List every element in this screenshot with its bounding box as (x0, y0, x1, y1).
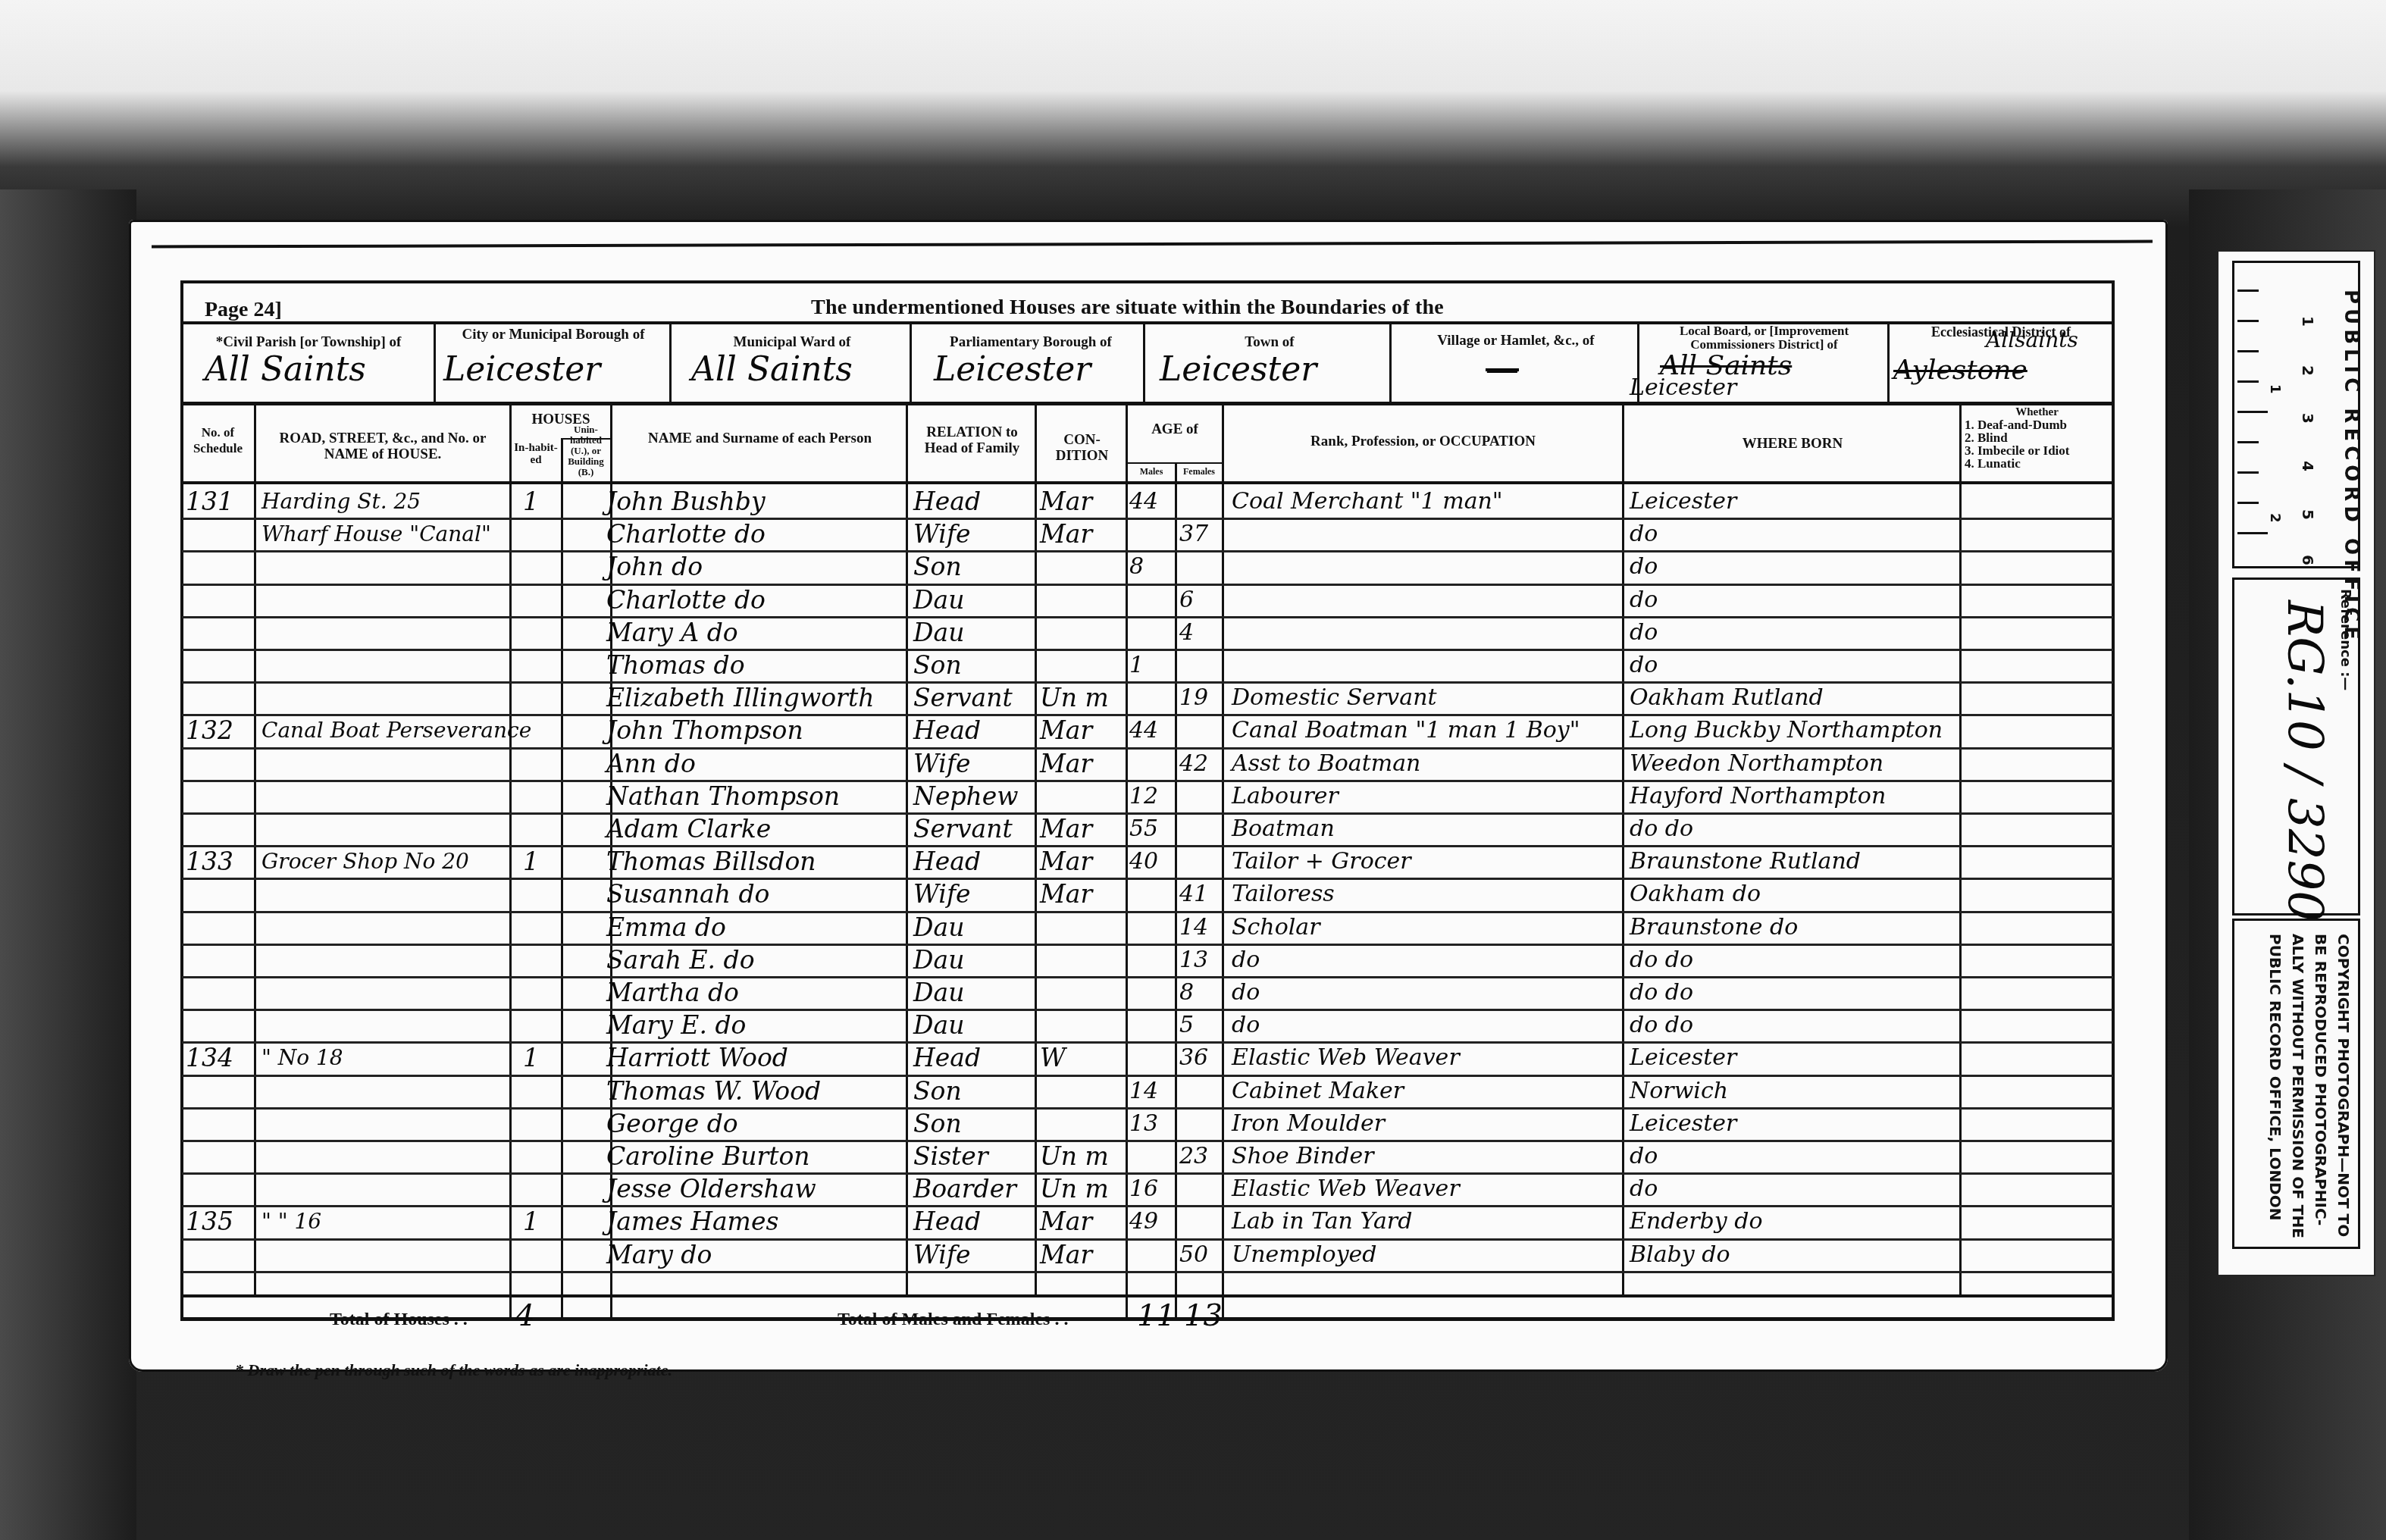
scale-number: 3 (2299, 413, 2317, 424)
admin-value-ecclesiastical-district: Aylestone (1893, 355, 2027, 386)
cell-relation: Head (913, 487, 981, 517)
col-header-condition: CON-DITION (1038, 432, 1126, 464)
cell-relation: Boarder (913, 1174, 1016, 1204)
cell-relation: Dau (913, 585, 964, 615)
copyright-line: BE REPRODUCED PHOTOGRAPHIC- (2309, 934, 2332, 1238)
cell-male-age: 1 (1129, 650, 1144, 681)
cell-person-name: James Hames (606, 1207, 778, 1237)
copyright-notice: COPYRIGHT PHOTOGRAPH—NOT TO BE REPRODUCE… (2264, 934, 2355, 1238)
form-title: The undermentioned Houses are situate wi… (811, 296, 1444, 320)
admin-value-municipal-ward: All Saints (691, 350, 853, 389)
cell-occupation: Canal Boatman "1 man 1 Boy" (1232, 715, 1580, 746)
cell-schedule-number: 135 (186, 1207, 233, 1237)
footnote: * Draw the pen through such of the words… (235, 1360, 672, 1380)
cell-person-name: Ann do (606, 749, 696, 779)
cell-relation: Son (913, 1076, 962, 1106)
col-header-where-born: WHERE BORN (1626, 436, 1959, 452)
cell-male-age: 8 (1129, 552, 1144, 582)
cell-condition: Mar (1040, 715, 1092, 746)
cell-where-born: Enderby do (1630, 1207, 1762, 1237)
admin-value-parliamentary-borough: Leicester (934, 350, 1091, 389)
row-rule (182, 1238, 2113, 1241)
totals-divider (509, 1294, 512, 1319)
infirmity-blind: 2. Blind (1965, 431, 2112, 444)
admin-label-municipal-borough: City or Municipal Borough of (455, 327, 652, 343)
cell-relation: Wife (913, 749, 971, 779)
col-header-males: Males (1128, 465, 1175, 477)
cell-person-name: Mary A do (606, 618, 738, 648)
cell-female-age: 41 (1179, 879, 1208, 909)
cell-relation: Dau (913, 1010, 964, 1041)
inch-number: 2 (2267, 513, 2283, 523)
cell-inhabited-count: 1 (523, 487, 539, 517)
admin-value-civil-parish: All Saints (205, 350, 366, 389)
cell-person-name: Thomas Billsdon (606, 847, 816, 877)
cell-relation: Wife (913, 519, 971, 549)
cell-male-age: 16 (1129, 1174, 1158, 1204)
cell-where-born: do (1630, 552, 1658, 582)
total-houses-label: Total of Houses . . (330, 1310, 468, 1330)
col-header-relation: RELATION to Head of Family (910, 424, 1035, 456)
scale-tick (2237, 411, 2268, 413)
col-header-schedule: No. of Schedule (182, 424, 254, 456)
col-divider-condition (1126, 405, 1128, 1319)
total-persons-label: Total of Males and Females . . (838, 1310, 1068, 1330)
cell-where-born: do (1630, 585, 1658, 615)
row-rule (182, 1140, 2113, 1142)
cell-where-born: do do (1630, 814, 1693, 844)
totals-top-rule (180, 1294, 2115, 1297)
admin-label-parliamentary-borough: Parliamentary Borough of (917, 335, 1144, 350)
cell-occupation: Unemployed (1232, 1240, 1377, 1270)
cell-where-born: do do (1630, 945, 1693, 975)
age-subrule (1126, 462, 1222, 464)
cell-inhabited-count: 1 (523, 1043, 539, 1073)
inch-number: 1 (2267, 384, 2283, 394)
cell-where-born: Weedon Northampton (1630, 749, 1883, 779)
admin-divider (910, 324, 912, 402)
cell-male-age: 44 (1129, 715, 1158, 746)
scale-tick (2237, 532, 2268, 534)
cell-person-name: Emma do (606, 912, 726, 943)
col-header-uninhabited: Unin-habited (U.), or Building (B.) (562, 424, 609, 477)
admin-divider (669, 324, 672, 402)
cell-person-name: Charlotte do (606, 519, 766, 549)
cell-person-name: George do (606, 1109, 738, 1139)
cell-occupation: Tailor + Grocer (1232, 847, 1411, 877)
infirmity-imbecile: 3. Imbecile or Idiot (1965, 444, 2112, 457)
admin-label-municipal-ward: Municipal Ward of (675, 335, 910, 350)
admin-value-village: — (1486, 350, 1519, 389)
scale-number: 5 (2299, 509, 2317, 520)
cell-relation: Servant (913, 683, 1013, 713)
scale-tick (2237, 441, 2259, 443)
cell-relation: Head (913, 1043, 981, 1073)
cell-person-name: John do (606, 552, 703, 582)
row-rule (182, 1041, 2113, 1044)
cell-where-born: do (1630, 1141, 1658, 1172)
cell-occupation: Labourer (1232, 781, 1339, 812)
cell-where-born: do (1630, 519, 1658, 549)
reference-value: RG.10 / 3290 (2276, 600, 2332, 922)
cell-relation: Dau (913, 945, 964, 975)
cell-where-born: Blaby do (1630, 1240, 1730, 1270)
cell-schedule-number: 133 (186, 847, 233, 877)
admin-divider (1887, 324, 1890, 402)
cell-occupation: do (1232, 945, 1260, 975)
scale-number: 6 (2299, 555, 2317, 565)
infirmity-deaf-dumb: 1. Deaf-and-Dumb (1965, 418, 2112, 431)
header-bottom-rule (180, 481, 2115, 484)
row-rule (182, 584, 2113, 586)
cell-where-born: Oakham do (1630, 879, 1761, 909)
cell-person-name: Nathan Thompson (606, 781, 840, 812)
cell-relation: Wife (913, 879, 971, 909)
cell-condition: Un m (1040, 1141, 1109, 1172)
scale-number: 2 (2299, 365, 2317, 376)
row-rule (182, 616, 2113, 618)
cell-where-born: Long Buckby Northampton (1630, 715, 1943, 746)
col-divider-males (1175, 464, 1177, 1319)
cell-male-age: 40 (1129, 847, 1158, 877)
cell-inhabited-count: 1 (523, 847, 539, 877)
cell-schedule-number: 132 (186, 715, 233, 746)
copyright-line: COPYRIGHT PHOTOGRAPH—NOT TO (2332, 934, 2355, 1238)
scale-number: 1 (2299, 316, 2317, 327)
cell-road-address: " No 18 (261, 1043, 343, 1073)
cell-person-name: Elizabeth Illingworth (606, 683, 874, 713)
reference-label: Reference :— (2337, 589, 2353, 690)
cell-female-age: 4 (1179, 618, 1194, 648)
page-number: Page 24] (205, 298, 282, 322)
cell-relation: Head (913, 1207, 981, 1237)
col-header-infirmity-list: 1. Deaf-and-Dumb 2. Blind 3. Imbecile or… (1965, 418, 2112, 470)
scan-background-left (0, 189, 136, 1540)
cell-person-name: Caroline Burton (606, 1141, 810, 1172)
cell-inhabited-count: 1 (523, 1207, 539, 1237)
cell-relation: Son (913, 650, 962, 681)
admin-value-municipal-borough: Leicester (443, 350, 600, 389)
row-rule (182, 878, 2113, 880)
cell-where-born: do (1630, 618, 1658, 648)
cell-occupation: Boatman (1232, 814, 1335, 844)
row-rule (182, 1009, 2113, 1011)
col-divider-females (1222, 405, 1224, 1319)
col-divider-occupation (1622, 405, 1624, 1296)
cell-where-born: Hayford Northampton (1630, 781, 1886, 812)
col-header-inhabited: In-habit-ed (512, 442, 559, 466)
cell-occupation: do (1232, 978, 1260, 1008)
cell-person-name: Mary E. do (606, 1010, 746, 1041)
cell-condition: Un m (1040, 1174, 1109, 1204)
admin-value-ecclesiastical-correction: Allsaints (1986, 327, 2078, 352)
col-divider-where-born (1959, 405, 1962, 1296)
page-top-rule (152, 240, 2153, 249)
cell-female-age: 23 (1179, 1141, 1208, 1172)
cell-occupation: Scholar (1232, 912, 1320, 943)
cell-occupation: Domestic Servant (1232, 683, 1437, 713)
cell-female-age: 50 (1179, 1240, 1208, 1270)
cell-male-age: 12 (1129, 781, 1158, 812)
cell-person-name: Thomas W. Wood (606, 1076, 821, 1106)
cell-female-age: 5 (1179, 1010, 1194, 1041)
cell-occupation: Elastic Web Weaver (1232, 1174, 1460, 1204)
col-header-age: AGE of (1128, 421, 1222, 437)
cell-condition: Mar (1040, 879, 1092, 909)
cell-occupation: do (1232, 1010, 1260, 1041)
cell-relation: Head (913, 715, 981, 746)
scale-tick (2237, 502, 2259, 504)
col-divider-schedule (254, 405, 256, 1296)
cell-person-name: Charlotte do (606, 585, 766, 615)
cell-person-name: Sarah E. do (606, 945, 755, 975)
cell-female-age: 36 (1179, 1043, 1208, 1073)
cell-where-born: Leicester (1630, 487, 1736, 517)
cell-female-age: 6 (1179, 585, 1194, 615)
cell-person-name: John Thompson (606, 715, 803, 746)
cell-relation: Head (913, 847, 981, 877)
col-header-road: ROAD, STREET, &c., and No. or NAME of HO… (258, 430, 508, 462)
scale-tick (2237, 290, 2259, 292)
col-divider-name (906, 405, 908, 1296)
cell-male-age: 14 (1129, 1076, 1158, 1106)
copyright-line: ALLY WITHOUT PERMISSION OF THE (2287, 934, 2309, 1238)
cell-occupation: Shoe Binder (1232, 1141, 1374, 1172)
cell-person-name: Jesse Oldershaw (606, 1174, 816, 1204)
row-rule (182, 1271, 2113, 1273)
cell-where-born: do do (1630, 978, 1693, 1008)
cell-road-address: " " 16 (261, 1207, 321, 1237)
cell-condition: Mar (1040, 1240, 1092, 1270)
cell-condition: Mar (1040, 487, 1092, 517)
total-houses-value: 4 (515, 1301, 534, 1331)
scale-tick (2237, 350, 2259, 352)
cell-where-born: Norwich (1630, 1076, 1728, 1106)
cell-where-born: Oakham Rutland (1630, 683, 1824, 713)
cell-relation: Son (913, 1109, 962, 1139)
cell-condition: Mar (1040, 814, 1092, 844)
row-rule (182, 649, 2113, 651)
row-rule (182, 911, 2113, 913)
cell-schedule-number: 134 (186, 1043, 233, 1073)
cell-relation: Nephew (913, 781, 1019, 812)
cell-occupation: Elastic Web Weaver (1232, 1043, 1460, 1073)
cell-female-age: 42 (1179, 749, 1208, 779)
admin-value-town: Leicester (1160, 350, 1317, 389)
cell-female-age: 37 (1179, 519, 1208, 549)
admin-label-civil-parish: *Civil Parish [or Township] of (185, 335, 432, 350)
cell-occupation: Iron Moulder (1232, 1109, 1385, 1139)
cell-where-born: Leicester (1630, 1109, 1736, 1139)
cell-occupation: Lab in Tan Yard (1232, 1207, 1412, 1237)
admin-divider (434, 324, 436, 402)
record-office-strip: PUBLIC RECORD OFFICE 1 2 3 4 5 6 1 2 Ref… (2217, 250, 2375, 1276)
cell-female-age: 8 (1179, 978, 1194, 1008)
col-header-whether: Whether (1963, 406, 2111, 418)
cell-relation: Dau (913, 978, 964, 1008)
row-rule (182, 976, 2113, 978)
cell-road-address: Wharf House "Canal" (261, 519, 491, 549)
cell-female-age: 14 (1179, 912, 1208, 943)
copyright-line: PUBLIC RECORD OFFICE, LONDON (2264, 934, 2287, 1238)
scale-tick (2237, 380, 2259, 383)
cell-relation: Servant (913, 814, 1013, 844)
form-top-border (180, 280, 2113, 283)
cell-occupation: Asst to Boatman (1232, 749, 1420, 779)
cell-female-age: 13 (1179, 945, 1208, 975)
col-divider-relation (1035, 405, 1037, 1296)
cell-where-born: Braunstone do (1630, 912, 1798, 943)
cell-relation: Dau (913, 912, 964, 943)
cell-relation: Dau (913, 618, 964, 648)
col-header-occupation: Rank, Profession, or OCCUPATION (1224, 434, 1622, 449)
admin-value-local-board-correction: Leicester (1630, 374, 1736, 401)
cell-relation: Sister (913, 1141, 988, 1172)
cell-person-name: Susannah do (606, 879, 769, 909)
col-header-name: NAME and Surname of each Person (614, 430, 906, 446)
cell-where-born: do (1630, 1174, 1658, 1204)
admin-bottom-rule (180, 402, 2115, 405)
cell-occupation: Tailoress (1232, 879, 1335, 909)
cell-condition: Mar (1040, 847, 1092, 877)
cell-male-age: 49 (1129, 1207, 1158, 1237)
cell-road-address: Canal Boat Perseverance (261, 715, 531, 746)
cell-person-name: Harriott Wood (606, 1043, 788, 1073)
admin-label-town: Town of (1148, 335, 1391, 350)
cell-where-born: do do (1630, 1010, 1693, 1041)
cell-relation: Wife (913, 1240, 971, 1270)
cell-where-born: Leicester (1630, 1043, 1736, 1073)
row-rule (182, 550, 2113, 552)
scale-number: 4 (2299, 461, 2317, 471)
cell-road-address: Harding St. 25 (261, 487, 421, 517)
cell-male-age: 44 (1129, 487, 1158, 517)
cell-condition: Mar (1040, 1207, 1092, 1237)
row-rule (182, 944, 2113, 946)
cell-condition: Mar (1040, 749, 1092, 779)
cell-relation: Son (913, 552, 962, 582)
cell-condition: W (1040, 1043, 1066, 1073)
cell-female-age: 19 (1179, 683, 1208, 713)
admin-label-local-board: Local Board, or [Improvement Commissione… (1641, 324, 1887, 352)
cell-condition: Mar (1040, 519, 1092, 549)
cell-road-address: Grocer Shop No 20 (261, 847, 469, 877)
scale-tick (2237, 320, 2259, 322)
cell-male-age: 13 (1129, 1109, 1158, 1139)
col-divider-road (509, 405, 512, 1296)
cell-person-name: Mary do (606, 1240, 712, 1270)
cell-occupation: Coal Merchant "1 man" (1232, 487, 1503, 517)
cell-person-name: Adam Clarke (606, 814, 771, 844)
col-header-females: Females (1176, 465, 1222, 477)
total-males-value: 11 (1137, 1301, 1176, 1331)
cell-condition: Un m (1040, 683, 1109, 713)
cell-person-name: Thomas do (606, 650, 745, 681)
admin-label-village: Village or Hamlet, &c., of (1395, 333, 1637, 349)
infirmity-lunatic: 4. Lunatic (1965, 457, 2112, 470)
cell-person-name: Martha do (606, 978, 739, 1008)
cell-occupation: Cabinet Maker (1232, 1076, 1404, 1106)
cell-where-born: Braunstone Rutland (1630, 847, 1861, 877)
cell-male-age: 55 (1129, 814, 1158, 844)
scale-tick (2237, 471, 2259, 474)
total-females-value: 13 (1184, 1301, 1223, 1331)
cell-where-born: do (1630, 650, 1658, 681)
cell-schedule-number: 131 (186, 487, 233, 517)
cell-person-name: John Bushby (606, 487, 766, 517)
